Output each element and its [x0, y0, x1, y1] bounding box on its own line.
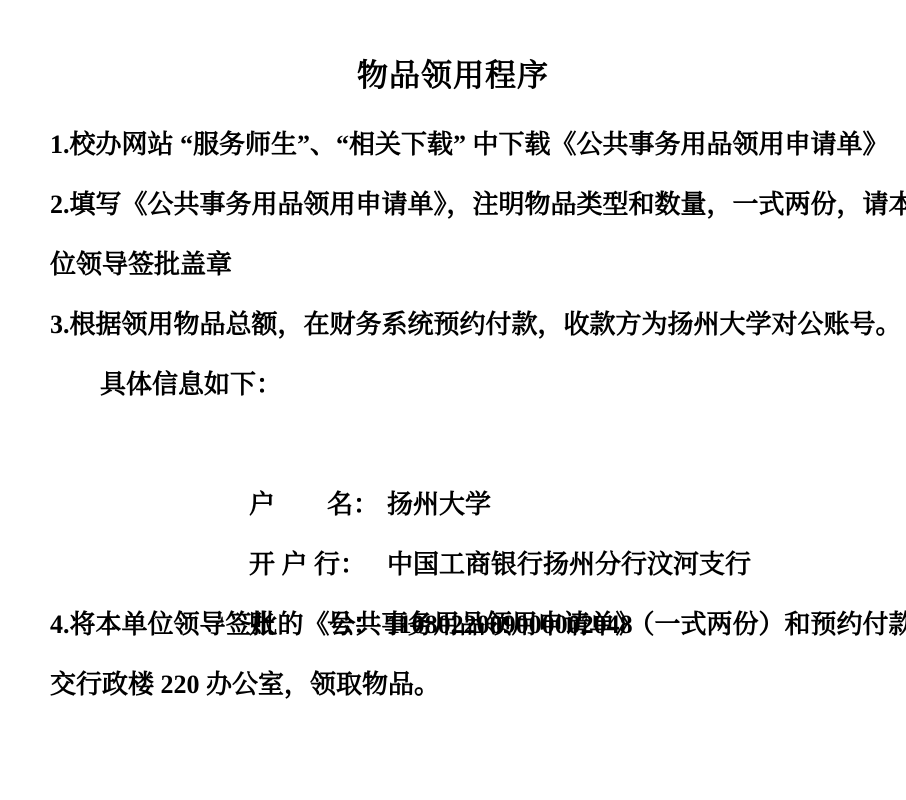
document-page: 物品领用程序 1.校办网站 “服务师生”、“相关下载” 中下载《公共事务用品领用…: [0, 0, 906, 800]
step-3-text: 3.根据领用物品总额，在财务系统预约付款，收款方为扬州大学对公账号。: [50, 295, 876, 355]
account-bank-value: 中国工商银行扬州分行汶河支行: [387, 550, 751, 579]
account-bank-label: 开 户 行：: [249, 535, 379, 595]
details-heading: 具体信息如下：: [50, 355, 876, 415]
document-title: 物品领用程序: [0, 56, 906, 96]
step-1-text: 1.校办网站 “服务师生”、“相关下载” 中下载《公共事务用品领用申请单》: [50, 115, 876, 175]
step-4-text-line-1: 4.将本单位领导签批的《公共事务用品领用申请单》（一式两份）和预约付款单: [50, 595, 876, 655]
account-name-value: 扬州大学: [387, 490, 491, 519]
account-name-label: 户 名：: [249, 475, 379, 535]
step-4-text-line-2: 交行政楼 220 办公室，领取物品。: [50, 655, 876, 715]
step-2-text-line-1: 2.填写《公共事务用品领用申请单》，注明物品类型和数量，一式两份，请本单: [50, 175, 876, 235]
step-2-text-line-2: 位领导签批盖章: [50, 235, 876, 295]
document-body: 1.校办网站 “服务师生”、“相关下载” 中下载《公共事务用品领用申请单》 2.…: [50, 115, 876, 715]
account-row-name: 户 名：扬州大学: [50, 415, 876, 475]
